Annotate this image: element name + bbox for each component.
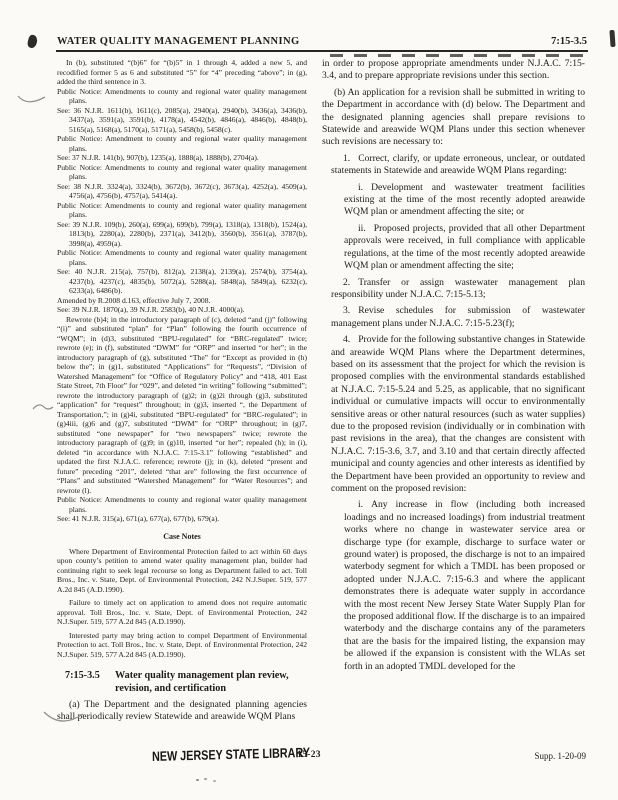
paragraph: i.Development and wastewater treatment f… (344, 182, 585, 219)
paragraph: Public Notice: Amendments to county and … (57, 495, 307, 514)
paragraph: See: 37 N.J.R. 141(b), 907(b), 1235(a), … (57, 153, 307, 163)
paragraph: in order to propose appropriate amendmen… (322, 58, 585, 83)
paragraph: See: 38 N.J.R. 3324(a), 3324(b), 3672(b)… (57, 182, 307, 201)
scan-artifact-smudge (27, 34, 39, 49)
document-page: { "header": { "left_title": "WATER QUALI… (0, 0, 618, 800)
running-header-section-number: 7:15-3.5 (551, 36, 587, 47)
paragraph: Case Notes (57, 532, 307, 541)
paragraph: See: 36 N.J.R. 1611(b), 1611(c), 2085(a)… (57, 106, 307, 135)
list-marker: 2. (343, 277, 350, 288)
paragraph: Where Department of Environmental Protec… (57, 547, 307, 595)
list-marker: i. (358, 182, 363, 193)
section-title: Water quality management plan review, re… (115, 669, 307, 695)
paragraph: Failure to timely act on application to … (57, 598, 307, 627)
list-marker: i. (358, 499, 363, 510)
scan-artifact-stamp-dots (196, 779, 199, 781)
paragraph: ii.Proposed projects, provided that all … (344, 223, 585, 273)
paragraph: Public Notice: Amendments to county and … (57, 87, 307, 106)
list-marker: 1. (343, 153, 350, 164)
paragraph: Public Notice: Amendment to county and r… (57, 134, 307, 153)
paragraph: See: 40 N.J.R. 215(a), 757(b), 812(a), 2… (57, 267, 307, 296)
paragraph: 3.Revise schedules for submission of was… (331, 305, 585, 330)
paragraph: Public Notice: Amendments to county and … (57, 201, 307, 220)
section-heading: 7:15-3.5Water quality management plan re… (65, 669, 307, 695)
paragraph: (a) The Department and the designated pl… (57, 699, 307, 724)
paragraph: (b) An application for a revision shall … (322, 87, 585, 149)
running-header-title: WATER QUALITY MANAGEMENT PLANNING (57, 36, 300, 47)
left-text-column: In (b), substituted “(b)6” for “(b)5” in… (57, 58, 307, 724)
paragraph: Public Notice: Amendments to county and … (57, 163, 307, 182)
list-marker: 4. (343, 334, 350, 345)
header-rule (56, 50, 588, 52)
paragraph: Rewrote (b)4; in the introductory paragr… (57, 315, 307, 496)
paragraph: Public Notice: Amendments to county and … (57, 248, 307, 267)
scan-artifact-smudge (609, 30, 615, 47)
paragraph: In (b), substituted “(b)6” for “(b)5” in… (57, 58, 307, 87)
paragraph: See: 41 N.J.R. 315(a), 671(a), 677(a), 6… (57, 514, 307, 524)
list-marker: 3. (343, 305, 350, 316)
paragraph: See: 39 N.J.R. 1870(a), 39 N.J.R. 2583(b… (57, 305, 307, 315)
page-number: 15-23 (0, 750, 618, 760)
paragraph: Amended by R.2008 d.163, effective July … (57, 296, 307, 306)
paragraph: See: 39 N.J.R. 109(b), 260(a), 699(a), 6… (57, 220, 307, 249)
list-marker: ii. (358, 223, 366, 234)
paragraph: 2.Transfer or assign wastewater manageme… (331, 277, 585, 302)
paragraph: i.Any increase in flow (including both i… (344, 499, 585, 673)
section-number: 7:15-3.5 (65, 669, 102, 695)
supplement-date: Supp. 1-20-09 (535, 751, 587, 761)
paragraph: 1.Correct, clarify, or update erroneous,… (331, 153, 585, 178)
paragraph: Interested party may bring action to com… (57, 631, 307, 660)
right-text-column: in order to propose appropriate amendmen… (322, 58, 585, 673)
paragraph: 4.Provide for the following substantive … (331, 334, 585, 495)
scan-artifact-dashes (330, 54, 586, 57)
